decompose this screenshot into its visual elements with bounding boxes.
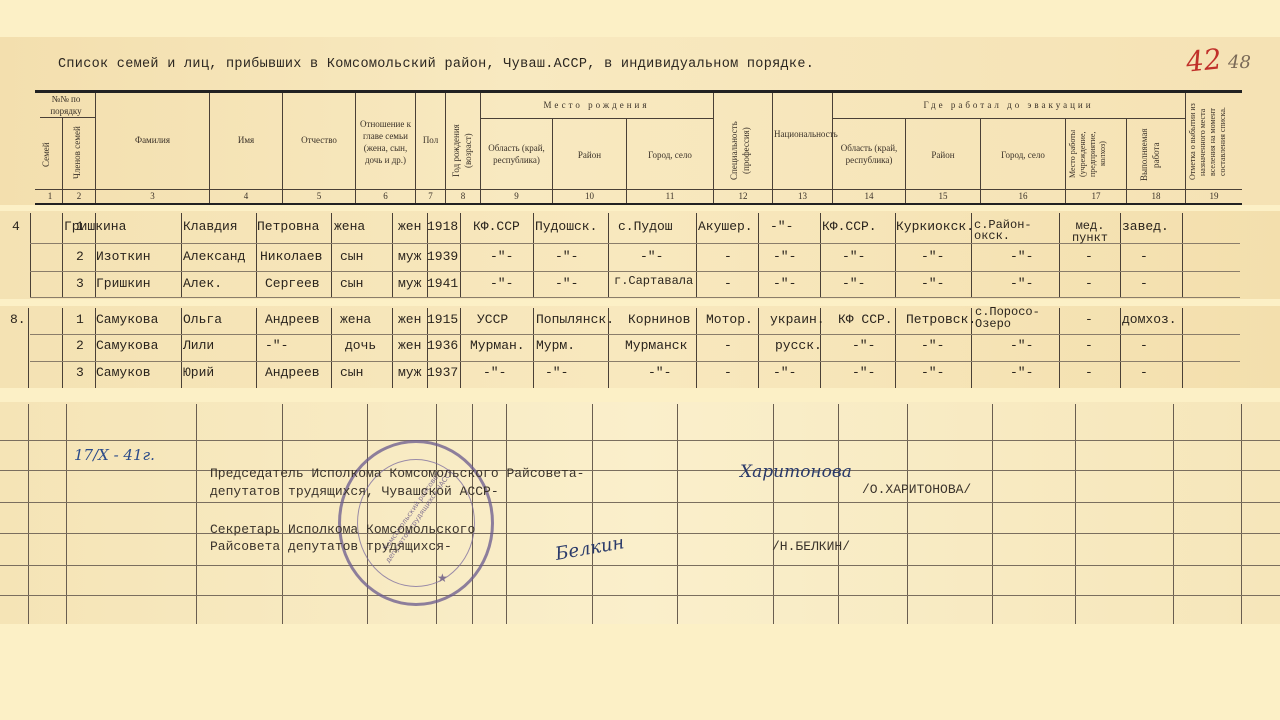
row-divider xyxy=(1120,308,1121,388)
cell-surname: Самукова xyxy=(96,313,158,327)
cell-year: 1937 xyxy=(427,366,458,380)
cell-nationality: -"- xyxy=(770,220,793,234)
cell-surname: Самуков xyxy=(96,366,151,380)
cell-birth-region: УССР xyxy=(477,313,508,327)
cell-surname: Гришкин xyxy=(96,277,151,291)
cell-work-town: -"- xyxy=(1010,339,1033,353)
cell-patronymic: Сергеев xyxy=(265,277,320,291)
header-name: Имя xyxy=(210,134,282,146)
cell-birth-town: Корнинов xyxy=(628,313,690,327)
cell-birth-district: Пудошск. xyxy=(535,220,597,234)
cell-workplace: - xyxy=(1085,277,1093,291)
cell-birth-town: с.Пудош xyxy=(618,220,673,234)
cell-work-district: Петровск. xyxy=(906,313,976,327)
cell-birth-town: -"- xyxy=(648,366,671,380)
cell-work-district: -"- xyxy=(921,250,944,264)
row-divider xyxy=(1059,213,1060,298)
colnum-2: 2 xyxy=(63,191,95,201)
cell-work-town: с.Поросо-Озеро xyxy=(975,306,1059,330)
cell-profession: - xyxy=(724,366,732,380)
row-divider xyxy=(820,213,821,298)
cell-relation: сын xyxy=(340,277,363,291)
row-divider xyxy=(1059,308,1060,388)
row-divider xyxy=(460,213,461,298)
secretary-name: /Н.БЕЛКИН/ xyxy=(772,538,850,556)
group-underline xyxy=(832,118,1185,119)
document-title: Список семей и лиц, прибывших в Комсомол… xyxy=(58,57,814,72)
grid-line xyxy=(0,470,1280,471)
row-divider xyxy=(256,308,257,388)
cell-nationality: -"- xyxy=(773,366,796,380)
colnum-1: 1 xyxy=(38,191,62,201)
cell-patronymic: Андреев xyxy=(265,313,320,327)
cell-work-town: -"- xyxy=(1010,250,1033,264)
header-workplace: Место работы (учреждение, предприятие, к… xyxy=(1068,120,1120,188)
row-divider xyxy=(1182,308,1183,388)
cell-work-region: -"- xyxy=(852,366,875,380)
cell-sex: муж xyxy=(398,366,421,380)
header-top-rule xyxy=(35,90,1242,93)
header-members: Членов семей xyxy=(71,120,85,186)
row-divider xyxy=(460,308,461,388)
row-divider xyxy=(28,308,29,388)
row-divider xyxy=(533,213,534,298)
grid-line xyxy=(0,440,1280,441)
header-profession: Специальность (профессия) xyxy=(728,116,754,186)
grid-line xyxy=(506,404,507,624)
row-divider xyxy=(696,213,697,298)
row-divider xyxy=(1120,213,1121,298)
row-rule xyxy=(30,297,1240,298)
cell-work-district: -"- xyxy=(921,339,944,353)
header-sex: Пол xyxy=(416,134,445,146)
header-work-town: Город, село xyxy=(981,149,1065,161)
colnum-17: 17 xyxy=(1066,191,1126,201)
secretary-title-line-2: Райсовета депутатов трудящихся- xyxy=(210,538,452,556)
col-divider xyxy=(713,93,714,203)
cell-year: 1936 xyxy=(427,339,458,353)
cell-birth-district: Попылянск. xyxy=(536,313,614,327)
cell-family-no: 4 xyxy=(12,220,20,234)
cell-family-no: 8. xyxy=(10,313,26,327)
cell-name: Ольга xyxy=(183,313,222,327)
cell-workplace: - xyxy=(1085,366,1093,380)
header-surname: Фамилия xyxy=(96,134,209,146)
cell-birth-district: -"- xyxy=(555,277,578,291)
cell-job: домхоз. xyxy=(1122,313,1177,327)
cell-job: - xyxy=(1140,339,1148,353)
grid-line xyxy=(282,404,283,624)
group-label-work: Где работал до эвакуации xyxy=(832,99,1185,111)
cell-profession: - xyxy=(724,250,732,264)
col-divider xyxy=(209,93,210,203)
row-divider xyxy=(392,213,393,298)
colnum-18: 18 xyxy=(1127,191,1185,201)
cell-sex: жен xyxy=(398,339,421,353)
grid-line xyxy=(677,404,678,624)
colnum-15: 15 xyxy=(906,191,980,201)
cell-workplace: мед. пункт xyxy=(1062,220,1118,244)
cell-sex: жен xyxy=(398,220,421,234)
cell-birth-district: -"- xyxy=(555,250,578,264)
cell-job: - xyxy=(1140,366,1148,380)
grid-line xyxy=(1173,404,1174,624)
cell-name: Клавдия xyxy=(183,220,238,234)
cell-name: Александ xyxy=(183,250,245,264)
cell-birth-region: -"- xyxy=(483,366,506,380)
cell-relation: сын xyxy=(340,250,363,264)
cell-birth-region: -"- xyxy=(490,277,513,291)
header-departure-note: Отметка о выбытии из назначенного места … xyxy=(1188,96,1240,188)
colnum-10: 10 xyxy=(553,191,626,201)
cell-name: Алек. xyxy=(183,277,222,291)
row-divider xyxy=(533,308,534,388)
cell-patronymic: Николаев xyxy=(260,250,322,264)
chairman-signature: Харитонова xyxy=(740,462,852,482)
cell-name: Юрий xyxy=(183,366,214,380)
cell-work-region: -"- xyxy=(852,339,875,353)
row-divider xyxy=(608,213,609,298)
cell-nationality: -"- xyxy=(773,277,796,291)
group-underline xyxy=(480,118,713,119)
header-patronymic: Отчество xyxy=(283,134,355,146)
colnum-19: 19 xyxy=(1186,191,1242,201)
grid-line xyxy=(0,565,1280,566)
colnum-11: 11 xyxy=(627,191,713,201)
grid-line xyxy=(838,404,839,624)
cell-birth-district: Мурм. xyxy=(536,339,575,353)
cell-year: 1941 xyxy=(427,277,458,291)
group-label-numbers: №№ по порядку xyxy=(38,93,94,117)
header-birth-region: Область (край, республика) xyxy=(481,142,552,166)
cell-work-town: -"- xyxy=(1010,277,1033,291)
cell-work-region: -"- xyxy=(842,277,865,291)
row-divider xyxy=(62,213,63,298)
cell-birth-town: г.Сартавала xyxy=(614,276,684,287)
col-divider xyxy=(1185,93,1186,203)
cell-year: 1939 xyxy=(427,250,458,264)
grid-line xyxy=(0,502,1280,503)
cell-nationality: -"- xyxy=(773,250,796,264)
cell-patronymic: Андреев xyxy=(265,366,320,380)
cell-relation: жена xyxy=(334,220,365,234)
cell-profession: Мотор. xyxy=(706,313,753,327)
col-divider xyxy=(772,93,773,203)
colnum-8: 8 xyxy=(446,191,480,201)
row-divider xyxy=(1182,213,1183,298)
group-label-birthplace: Место рождения xyxy=(480,99,713,111)
colnum-12: 12 xyxy=(714,191,772,201)
colnum-7: 7 xyxy=(416,191,445,201)
cell-profession: - xyxy=(724,277,732,291)
row-rule xyxy=(30,361,1240,362)
row-divider xyxy=(30,213,31,298)
grid-line xyxy=(907,404,908,624)
row-divider xyxy=(758,308,759,388)
colnum-14: 14 xyxy=(833,191,905,201)
row-divider xyxy=(392,308,393,388)
row-divider xyxy=(331,308,332,388)
cell-patronymic: Петровна xyxy=(257,220,319,234)
header-birth-town: Город, село xyxy=(627,149,713,161)
header-families: Семей xyxy=(40,125,54,185)
page-number-red: 42 xyxy=(1184,42,1223,79)
colnum-9: 9 xyxy=(481,191,552,201)
chairman-name: /О.ХАРИТОНОВА/ xyxy=(862,481,971,499)
cell-sex: муж xyxy=(398,277,421,291)
cell-relation: сын xyxy=(340,366,363,380)
cell-year: 1918 xyxy=(427,220,458,234)
signature-strip xyxy=(0,402,1280,624)
cell-birth-district: -"- xyxy=(545,366,568,380)
colnum-3: 3 xyxy=(96,191,209,201)
cell-relation: жена xyxy=(340,313,371,327)
grid-line xyxy=(1241,404,1242,624)
grid-line xyxy=(992,404,993,624)
col-divider xyxy=(355,93,356,203)
cell-work-region: КФ.ССР. xyxy=(822,220,877,234)
chairman-title-line-2: депутатов трудящихся, Чувашской АССР- xyxy=(210,483,499,501)
header-work-district: Район xyxy=(906,149,980,161)
cell-job: - xyxy=(1140,250,1148,264)
grid-line xyxy=(773,404,774,624)
page-number-pencil: 48 xyxy=(1228,52,1251,73)
grid-line xyxy=(592,404,593,624)
row-rule xyxy=(30,243,1240,244)
colnum-5: 5 xyxy=(283,191,355,201)
cell-birth-town: Мурманск xyxy=(625,339,687,353)
cell-birth-region: Мурман. xyxy=(470,339,525,353)
cell-profession: - xyxy=(724,339,732,353)
cell-sex: жен xyxy=(398,313,421,327)
secretary-title-line-1: Секретарь Исполкома Комсомольского xyxy=(210,521,475,539)
header-birth-year: Год рождения (возраст) xyxy=(450,116,476,186)
colnum-6: 6 xyxy=(356,191,415,201)
grid-line xyxy=(0,595,1280,596)
cell-year: 1915 xyxy=(427,313,458,327)
row-divider xyxy=(758,213,759,298)
cell-work-district: -"- xyxy=(921,277,944,291)
grid-line xyxy=(196,404,197,624)
cell-job: - xyxy=(1140,277,1148,291)
row-divider xyxy=(331,213,332,298)
header-birth-district: Район xyxy=(553,149,626,161)
cell-member-no: 2 xyxy=(76,250,84,264)
colnum-13: 13 xyxy=(773,191,832,201)
cell-work-district: -"- xyxy=(921,366,944,380)
header-job: Выполняемая работа xyxy=(1138,124,1168,186)
cell-birth-town: -"- xyxy=(640,250,663,264)
grid-line xyxy=(0,533,1280,534)
cell-birth-region: КФ.ССР xyxy=(473,220,520,234)
date-note: 17/X - 41г. xyxy=(74,446,155,464)
cell-patronymic: -"- xyxy=(265,339,288,353)
header-work-region: Область (край, республика) xyxy=(833,142,905,166)
cell-birth-region: -"- xyxy=(490,250,513,264)
cell-nationality: украин. xyxy=(770,313,825,327)
grid-line xyxy=(28,404,29,624)
cell-nationality: русск. xyxy=(775,339,822,353)
cell-job: завед. xyxy=(1122,220,1169,234)
chairman-title-line-1: Председатель Исполкома Комсомольского Ра… xyxy=(210,465,584,483)
col-divider xyxy=(415,93,416,203)
cell-work-district: Куркиокск. xyxy=(896,220,974,234)
cell-work-town: с.Район-окск. xyxy=(974,220,1058,242)
colnum-4: 4 xyxy=(210,191,282,201)
cell-workplace: - xyxy=(1085,250,1093,264)
row-divider xyxy=(895,308,896,388)
row-rule xyxy=(30,271,1240,272)
cell-member-no: 2 xyxy=(76,339,84,353)
row-divider xyxy=(181,308,182,388)
cell-surname: Гришкина xyxy=(64,220,126,234)
col-divider xyxy=(445,93,446,203)
row-rule xyxy=(30,334,1240,335)
header-bottom-rule xyxy=(35,203,1242,205)
cell-relation: дочь xyxy=(345,339,376,353)
row-divider xyxy=(696,308,697,388)
cell-surname: Самукова xyxy=(96,339,158,353)
header-relation: Отношение к главе семьи (жена, сын, дочь… xyxy=(358,118,413,166)
cell-work-region: КФ ССР. xyxy=(838,313,893,327)
cell-workplace: - xyxy=(1085,339,1093,353)
group-underline xyxy=(40,117,95,118)
row-divider xyxy=(181,213,182,298)
col-divider xyxy=(282,93,283,203)
grid-line xyxy=(1075,404,1076,624)
grid-line xyxy=(66,404,67,624)
cell-sex: муж xyxy=(398,250,421,264)
cell-member-no: 3 xyxy=(76,366,84,380)
stamp-star-icon: ★ xyxy=(437,571,448,585)
header-nationality: Национальность xyxy=(774,128,830,140)
cell-profession: Акушер. xyxy=(698,220,753,234)
cell-name: Лили xyxy=(183,339,214,353)
row-divider xyxy=(62,308,63,388)
cell-member-no: 3 xyxy=(76,277,84,291)
colnum-16: 16 xyxy=(981,191,1065,201)
col-divider xyxy=(95,93,96,203)
cell-surname: Изоткин xyxy=(96,250,151,264)
cell-work-town: -"- xyxy=(1010,366,1033,380)
cell-workplace: - xyxy=(1085,313,1093,327)
colnum-rule xyxy=(35,189,1242,190)
cell-work-region: -"- xyxy=(842,250,865,264)
cell-member-no: 1 xyxy=(76,313,84,327)
